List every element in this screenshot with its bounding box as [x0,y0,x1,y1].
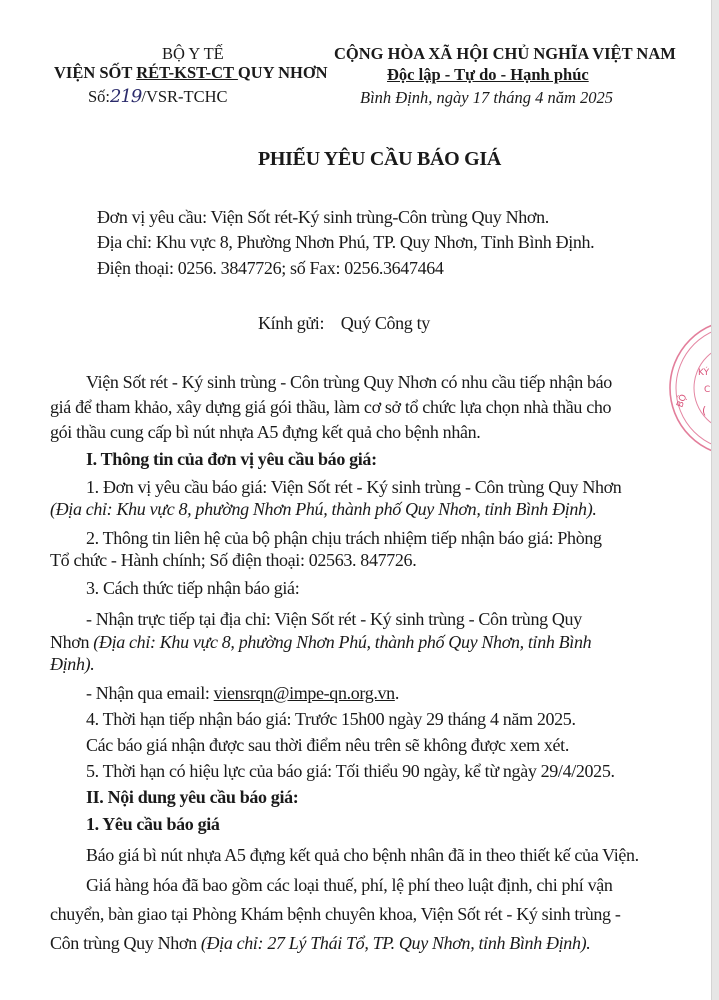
place-date: Bình Định, ngày 17 tháng 4 năm 2025 [360,88,613,108]
institute-suffix: QUY NHƠN [238,63,328,82]
svg-text:C: C [704,385,710,395]
requester-unit: Đơn vị yêu cầu: Viện Sốt rét-Ký sinh trù… [97,207,549,228]
svg-text:KÝ: KÝ [698,366,710,378]
page-title: PHIẾU YÊU CẦU BÁO GIÁ [258,148,501,171]
institute-underlined: RÉT-KST-CT [136,63,238,82]
number-label: Số: [88,87,110,106]
greeting-label: Kính gửi: [258,313,324,333]
direct-receipt-line: - Nhận trực tiếp tại địa chỉ: Viện Sốt r… [86,609,582,630]
direct-receipt-name: Nhơn [50,632,93,652]
section1-item1-address: (Địa chỉ: Khu vực 8, phường Nhơn Phú, th… [50,499,597,520]
section2-para2-end: Côn trùng Quy Nhơn (Địa chỉ: 27 Lý Thái … [50,933,590,954]
direct-receipt-address-end: Định). [50,654,94,675]
email-label: - Nhận qua email: [86,683,214,703]
requester-phone: Điện thoại: 0256. 3847726; số Fax: 0256.… [97,258,444,279]
section1-heading: I. Thông tin của đơn vị yêu cầu báo giá: [86,449,377,470]
email-line: - Nhận qua email: viensrqn@impe-qn.org.v… [86,683,399,704]
section2-para2-name: Côn trùng Quy Nhơn [50,933,201,953]
section1-item2: 2. Thông tin liên hệ của bộ phận chịu tr… [86,528,602,549]
email-link[interactable]: viensrqn@impe-qn.org.vn [214,683,395,703]
document-page: BỘ Y TẾ VIỆN SỐT RÉT-KST-CT QUY NHƠN Số:… [0,0,710,1000]
section2-para2-address: (Địa chỉ: 27 Lý Thái Tổ, TP. Quy Nhơn, t… [201,933,591,953]
section1-item4-note: Các báo giá nhận được sau thời điểm nêu … [86,735,569,756]
direct-receipt-address-italic: (Địa chỉ: Khu vực 8, phường Nhơn Phú, th… [93,632,591,652]
section1-item1: 1. Đơn vị yêu cầu báo giá: Viện Sốt rét … [86,477,621,498]
greeting: Kính gửi: Quý Công ty [258,313,430,334]
number-suffix: /VSR-TCHC [141,87,227,106]
institute-name: VIỆN SỐT RÉT-KST-CT QUY NHƠN [54,63,328,83]
national-motto: Độc lập - Tự do - Hạnh phúc [387,65,589,85]
section2-para2: Giá hàng hóa đã bao gồm các loại thuế, p… [86,875,613,896]
svg-text:(: ( [702,404,706,417]
section2-para2-cont: chuyển, bàn giao tại Phòng Khám bệnh chu… [50,904,620,925]
nation-title: CỘNG HÒA XÃ HỘI CHỦ NGHĨA VIỆT NAM [334,44,676,64]
page-edge-scrollbar [711,0,719,1000]
section2-heading: II. Nội dung yêu cầu báo giá: [86,787,298,808]
direct-receipt-address: Nhơn (Địa chỉ: Khu vực 8, phường Nhơn Ph… [50,632,591,653]
greeting-recipient: Quý Công ty [341,313,430,333]
email-suffix: . [395,683,399,703]
section2-sub1: 1. Yêu cầu báo giá [86,814,220,835]
section1-item2-cont: Tổ chức - Hành chính; Số điện thoại: 025… [50,550,416,571]
intro-line: Viện Sốt rét - Ký sinh trùng - Côn trùng… [86,372,612,393]
handwritten-number: 219 [110,86,141,107]
section1-item3: 3. Cách thức tiếp nhận báo giá: [86,578,299,599]
requester-address: Địa chỉ: Khu vực 8, Phường Nhơn Phú, TP.… [97,232,594,253]
document-number: Số:219/VSR-TCHC [88,86,228,107]
section1-item4: 4. Thời hạn tiếp nhận báo giá: Trước 15h… [86,709,576,730]
institute-prefix: VIỆN SỐT [54,63,136,82]
section1-item5: 5. Thời hạn có hiệu lực của báo giá: Tối… [86,761,615,782]
ministry-name: BỘ Y TẾ [162,44,224,64]
section2-para1: Báo giá bì nút nhựa A5 đựng kết quả cho … [86,845,639,866]
intro-line: giá để tham khảo, xây dựng giá gói thầu,… [50,397,611,418]
intro-line: gói thầu cung cấp bì nút nhựa A5 đựng kế… [50,422,480,443]
